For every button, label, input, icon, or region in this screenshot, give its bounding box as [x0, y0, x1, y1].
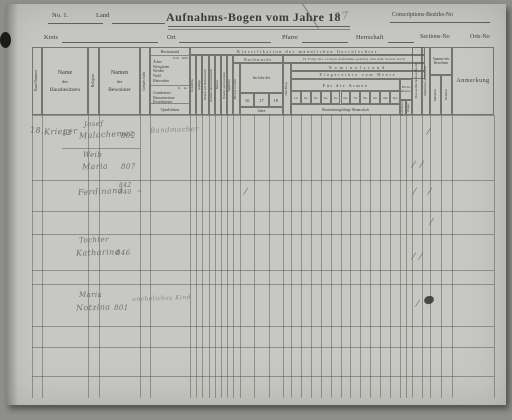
- grid-line-v: [221, 115, 222, 398]
- class-col-tagloehner-label: Taglöhner: [228, 79, 231, 92]
- kreis-label: Kreis: [44, 34, 58, 41]
- col-religion-label: Religion: [92, 74, 96, 87]
- class-col-gewerbe-label: Künstler und Gewerbsleute: [210, 69, 213, 102]
- col-remark: Anmerkung: [452, 47, 494, 115]
- pfarre-line: [302, 42, 348, 43]
- ort-label: Ort: [167, 34, 176, 41]
- age-class-2: 2te: [301, 91, 311, 104]
- hw-r2-year: 807: [121, 163, 136, 171]
- form-number-line: [48, 23, 103, 24]
- hw-owner-no: 12: [62, 129, 72, 137]
- herrschaft-line: [388, 42, 414, 43]
- sum-title: Summe der Bewohner: [430, 47, 452, 75]
- paper-left-edge-shadow: [6, 4, 18, 405]
- age-class-3: 3te: [311, 91, 321, 104]
- army-strip: Für die Armee: [291, 79, 400, 91]
- hw-r3-mark: =: [137, 188, 142, 195]
- offspring-footer: Jahre: [240, 107, 283, 115]
- grid-line-v: [291, 115, 292, 398]
- grid-line-h: [32, 326, 494, 327]
- hw-r1-occupation: Bandmacher: [150, 125, 199, 135]
- handwritten-year: 57: [333, 9, 349, 23]
- grid-line-v: [360, 115, 361, 398]
- land-line: [112, 23, 165, 24]
- grid-line-v: [150, 115, 151, 398]
- stand-side-col: Ohne Bezug: [283, 63, 291, 115]
- grid-line-h: [32, 180, 494, 181]
- offspring-side-label: Bis zum 14. Jahre: [235, 79, 238, 99]
- offspring-side-col: Bis zum 14. Jahre: [233, 63, 240, 115]
- offspring-subtitle: Im Jahr des: [240, 63, 283, 93]
- col-absent-label: Inländische Abwesende: [424, 66, 427, 96]
- hw-owner-name: Krieger: [44, 126, 78, 136]
- land-type-list: Äcker Wiesgärten Weiden Wald Hutweiden: [153, 60, 169, 84]
- grid-line-h: [32, 115, 494, 116]
- col-religion: Religion: [88, 47, 99, 115]
- grid-line-v: [32, 115, 33, 398]
- grid-line-v: [140, 115, 141, 398]
- grid-line-v: [422, 115, 423, 398]
- grid-line-h: [62, 148, 140, 149]
- sections-no-label: Sections-No: [420, 34, 450, 40]
- furlough-strip: Beurlaubungsfähige Mannschaft: [291, 104, 400, 115]
- hw-r1-given: Josef: [84, 120, 104, 129]
- grid-line-v: [441, 115, 442, 398]
- col-residents-l2: der: [117, 79, 123, 84]
- land-type-hutweiden: Hutweiden: [153, 79, 169, 84]
- col-owner: Name des Hausbesitzers: [42, 47, 88, 115]
- age-class-11: 11te: [390, 91, 400, 104]
- grid-line-v: [227, 115, 228, 398]
- col-residents-l1: Namen: [111, 70, 128, 76]
- col-owner-l3: Hausbesitzers: [50, 87, 81, 93]
- reserve-col-2-label: Urlauber: [408, 103, 411, 112]
- property-box: Besitzstand Joch Klftr. Äcker Wiesgärten…: [150, 47, 190, 115]
- form-number-label: No. 1.: [52, 12, 68, 19]
- grid-line-v: [202, 115, 203, 398]
- class-col-adelige-label: Adelige: [198, 80, 201, 90]
- hw-r5-year: 801: [114, 304, 129, 312]
- grid-line-v: [301, 115, 302, 398]
- col-house-number: Haus-Nummer: [32, 47, 42, 115]
- grid-line-v: [209, 115, 210, 398]
- grid-line-v: [311, 115, 312, 398]
- grid-line-v: [370, 115, 371, 398]
- offspring-year-16: 16: [240, 93, 254, 107]
- sum-male-label: Männlich: [434, 89, 437, 101]
- class-col-geistliche-label: Geistliche: [191, 79, 194, 92]
- grid-line-h: [32, 347, 494, 348]
- scanned-census-form: No. 1. Land Aufnahms-Bogen vom Jahre 18 …: [0, 0, 512, 420]
- hw-r4-year: 846: [116, 249, 131, 257]
- col-female-sex: Das weibliche Geschlecht: [412, 47, 422, 115]
- grid-line-v: [190, 115, 191, 398]
- age-class-4: 4te: [321, 91, 331, 104]
- klafter-col-label: Klftr.: [182, 56, 189, 60]
- hw-r1-year: 802: [121, 132, 136, 140]
- col-birth-year: Geburts-Jahr: [140, 47, 150, 115]
- herrschaft-label: Herrschaft: [356, 34, 383, 41]
- class-col-haeusler-label: Häusler und Inwohner: [223, 72, 226, 99]
- title-underline-1: [168, 26, 350, 27]
- hw-r4-name: Katharina: [76, 247, 120, 258]
- sum-male-col: Männlich: [430, 75, 441, 115]
- hw-r2-name: Maria: [82, 162, 108, 172]
- ort-line: [179, 42, 271, 43]
- grid-line-v: [406, 115, 407, 398]
- col-owner-l2: des: [62, 79, 68, 84]
- grid-line-v: [430, 115, 431, 398]
- age-class-10: 10te: [380, 91, 390, 104]
- land-label: Land: [96, 12, 109, 19]
- col-female-sex-label: Das weibliche Geschlecht: [415, 63, 418, 98]
- age-class-8: 8te: [360, 91, 370, 104]
- grid-line-v: [494, 115, 495, 398]
- reserve-box: Für die Reserve: [400, 79, 412, 100]
- stand-side-label: Ohne Bezug: [286, 82, 289, 96]
- stand-top-strip: In Folge der vorigen Aufnahme gehörig un…: [283, 55, 425, 63]
- class-col-beamte-label: Beamte und Honoratioren: [204, 69, 207, 100]
- reserve-col-1-label: Ersatz-Reserve: [402, 100, 405, 116]
- hw-r5-surname: Notzina: [76, 302, 111, 312]
- col-absent: Inländische Abwesende: [422, 47, 430, 115]
- hw-house-no: 18.: [30, 126, 44, 135]
- grid-line-v: [233, 115, 234, 398]
- grid-line-v: [196, 115, 197, 398]
- grid-line-v: [283, 115, 284, 398]
- hw-r2-relation: Weib: [83, 151, 102, 159]
- age-class-7: 7te: [350, 91, 360, 104]
- offspring-title: Nachwuchs: [233, 55, 283, 63]
- conscription-line: [390, 22, 490, 23]
- col-birth-year-label: Geburts-Jahr: [143, 72, 147, 91]
- grid-line-v: [390, 115, 391, 398]
- col-residents: Namen der Bewohner: [99, 47, 140, 115]
- kreis-line: [62, 42, 158, 43]
- age-class-5: 5te: [331, 91, 341, 104]
- grid-line-v: [240, 115, 241, 398]
- grid-line-v: [254, 115, 255, 398]
- grid-line-h: [32, 284, 494, 285]
- joch-col-label: Joch: [173, 56, 179, 60]
- conscription-district-label: Conscriptions-Bezirks-No: [392, 12, 453, 18]
- grid-line-v: [321, 115, 322, 398]
- kr-col-label: kr.: [184, 86, 187, 90]
- age-class-6: 6te: [341, 91, 351, 104]
- pfarre-label: Pfarre: [282, 34, 298, 41]
- enrolled-strip: Eingereihte zum Heere: [291, 71, 425, 79]
- age-class-9: 9te: [370, 91, 380, 104]
- binding-hole: [0, 32, 11, 48]
- offspring-year-18: 18: [269, 93, 283, 107]
- grid-line-h: [32, 211, 494, 212]
- grid-line-h: [32, 270, 494, 271]
- grid-line-v: [215, 115, 216, 398]
- hw-r4-relation: Tochter: [79, 235, 109, 244]
- grid-line-v: [350, 115, 351, 398]
- col-house-number-label: Haus-Nummer: [35, 70, 39, 91]
- nominal-strip: Nominalstand: [291, 63, 425, 71]
- grid-line-h: [32, 376, 494, 377]
- sum-female-col: Weiblich: [441, 75, 452, 115]
- age-class-1: 1te: [291, 91, 301, 104]
- grid-line-v: [331, 115, 332, 398]
- sum-female-label: Weiblich: [445, 89, 448, 100]
- grid-line-v: [341, 115, 342, 398]
- qualities-label: Qualitäten: [151, 103, 189, 114]
- grid-line-v: [42, 115, 43, 398]
- male-classification-title: Klassifikation des männlichen Geschlecht…: [190, 47, 425, 55]
- property-title: Besitzstand: [151, 48, 189, 56]
- hw-r3-year-b: 840: [119, 189, 132, 196]
- hw-r5-given: Maria: [79, 291, 102, 299]
- title-underline-2: [168, 29, 350, 30]
- grid-line-v: [269, 115, 270, 398]
- offspring-year-17: 17: [254, 93, 268, 107]
- grid-line-v: [452, 115, 453, 398]
- orts-no-label: Orts-No: [470, 34, 490, 40]
- fl-col-label: fl.: [178, 86, 181, 90]
- grid-line-v: [400, 115, 401, 398]
- col-residents-l3: Bewohner: [108, 87, 131, 93]
- hw-r3-year-a: 842: [119, 182, 132, 189]
- grid-line-v: [380, 115, 381, 398]
- class-col-bauern-label: Bauern: [216, 80, 219, 89]
- col-owner-l1: Name: [58, 70, 72, 76]
